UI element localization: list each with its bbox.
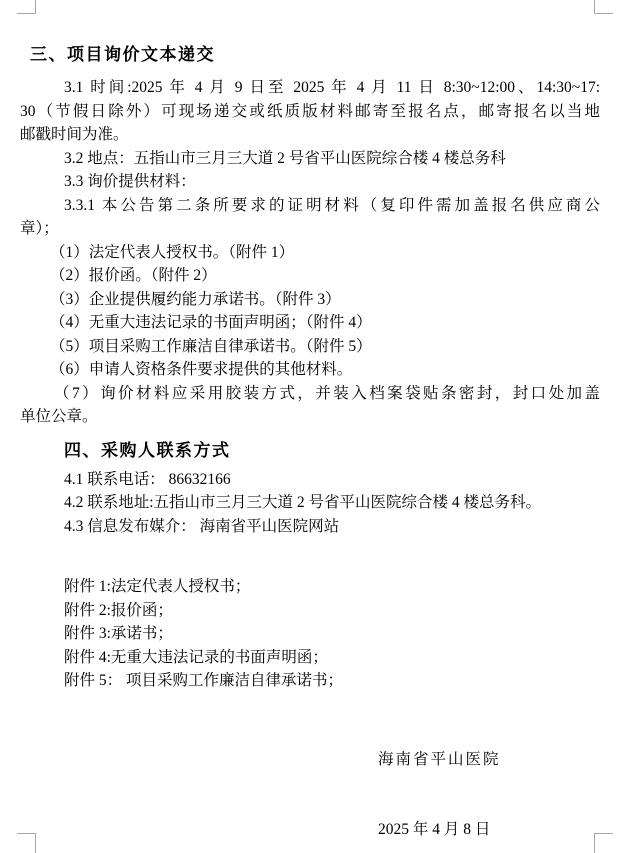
list-item-2: （2）报价函。（附件 2）: [20, 264, 600, 288]
paragraph-4-1: 4.1 联系电话： 86632166: [20, 468, 600, 492]
attachment-line-5: 附件 5： 项目采购工作廉洁自律承诺书；: [20, 669, 600, 693]
document-page: 三、项目询价文本递交 3.1 时间:2025 年 4 月 9 日至 2025 年…: [0, 0, 630, 853]
section-4-heading: 四、采购人联系方式: [64, 439, 600, 463]
list-item-4: （4）无重大违法记录的书面声明函；（附件 4）: [20, 311, 600, 335]
list-item-1: （1）法定代表人授权书。（附件 1）: [20, 241, 600, 265]
paragraph-3-3-1-line-1: 3.3.1 本公告第二条所要求的证明材料（复印件需加盖报名供应商公: [20, 194, 600, 218]
list-item-5: （5）项目采购工作廉洁自律承诺书。（附件 5）: [20, 335, 600, 359]
list-item-3: （3）企业提供履约能力承诺书。（附件 3）: [20, 288, 600, 312]
list-item-6: （6）申请人资格条件要求提供的其他材料。: [20, 358, 600, 382]
document-content: 三、项目询价文本递交 3.1 时间:2025 年 4 月 9 日至 2025 年…: [20, 0, 600, 842]
paragraph-3-3-1-line-2: 章）；: [20, 217, 600, 241]
paragraph-3-1-line-2: 30（节假日除外）可现场递交或纸质版材料邮寄至报名点，邮寄报名以当地: [20, 100, 600, 124]
list-item-7-line-2: 单位公章。: [20, 405, 600, 429]
paragraph-4-3: 4.3 信息发布媒介： 海南省平山医院网站: [20, 515, 600, 539]
attachment-line-3: 附件 3:承诺书；: [20, 622, 600, 646]
paragraph-3-2: 3.2 地点：五指山市三月三大道 2 号省平山医院综合楼 4 楼总务科: [20, 147, 600, 171]
section-3-heading: 三、项目询价文本递交: [30, 45, 600, 65]
paragraph-3-3: 3.3 询价提供材料：: [20, 170, 600, 194]
attachment-line-1: 附件 1:法定代表人授权书；: [20, 575, 600, 599]
paragraph-3-1-line-1: 3.1 时间:2025 年 4 月 9 日至 2025 年 4 月 11 日 8…: [20, 76, 600, 100]
paragraph-4-2: 4.2 联系地址:五指山市三月三大道 2 号省平山医院综合楼 4 楼总务科。: [20, 491, 600, 515]
paragraph-3-1-line-3: 邮戳时间为准。: [20, 123, 600, 147]
signature-date: 2025 年 4 月 8 日: [20, 818, 600, 842]
list-item-7-line-1: （7）询价材料应采用胶装方式，并装入档案袋贴条密封，封口处加盖: [20, 382, 600, 406]
attachment-list: 附件 1:法定代表人授权书； 附件 2:报价函； 附件 3:承诺书； 附件 4:…: [20, 575, 600, 693]
attachment-line-4: 附件 4:无重大违法记录的书面声明函；: [20, 646, 600, 670]
attachment-line-2: 附件 2:报价函；: [20, 599, 600, 623]
signature-org: 海南省平山医院: [20, 748, 600, 772]
